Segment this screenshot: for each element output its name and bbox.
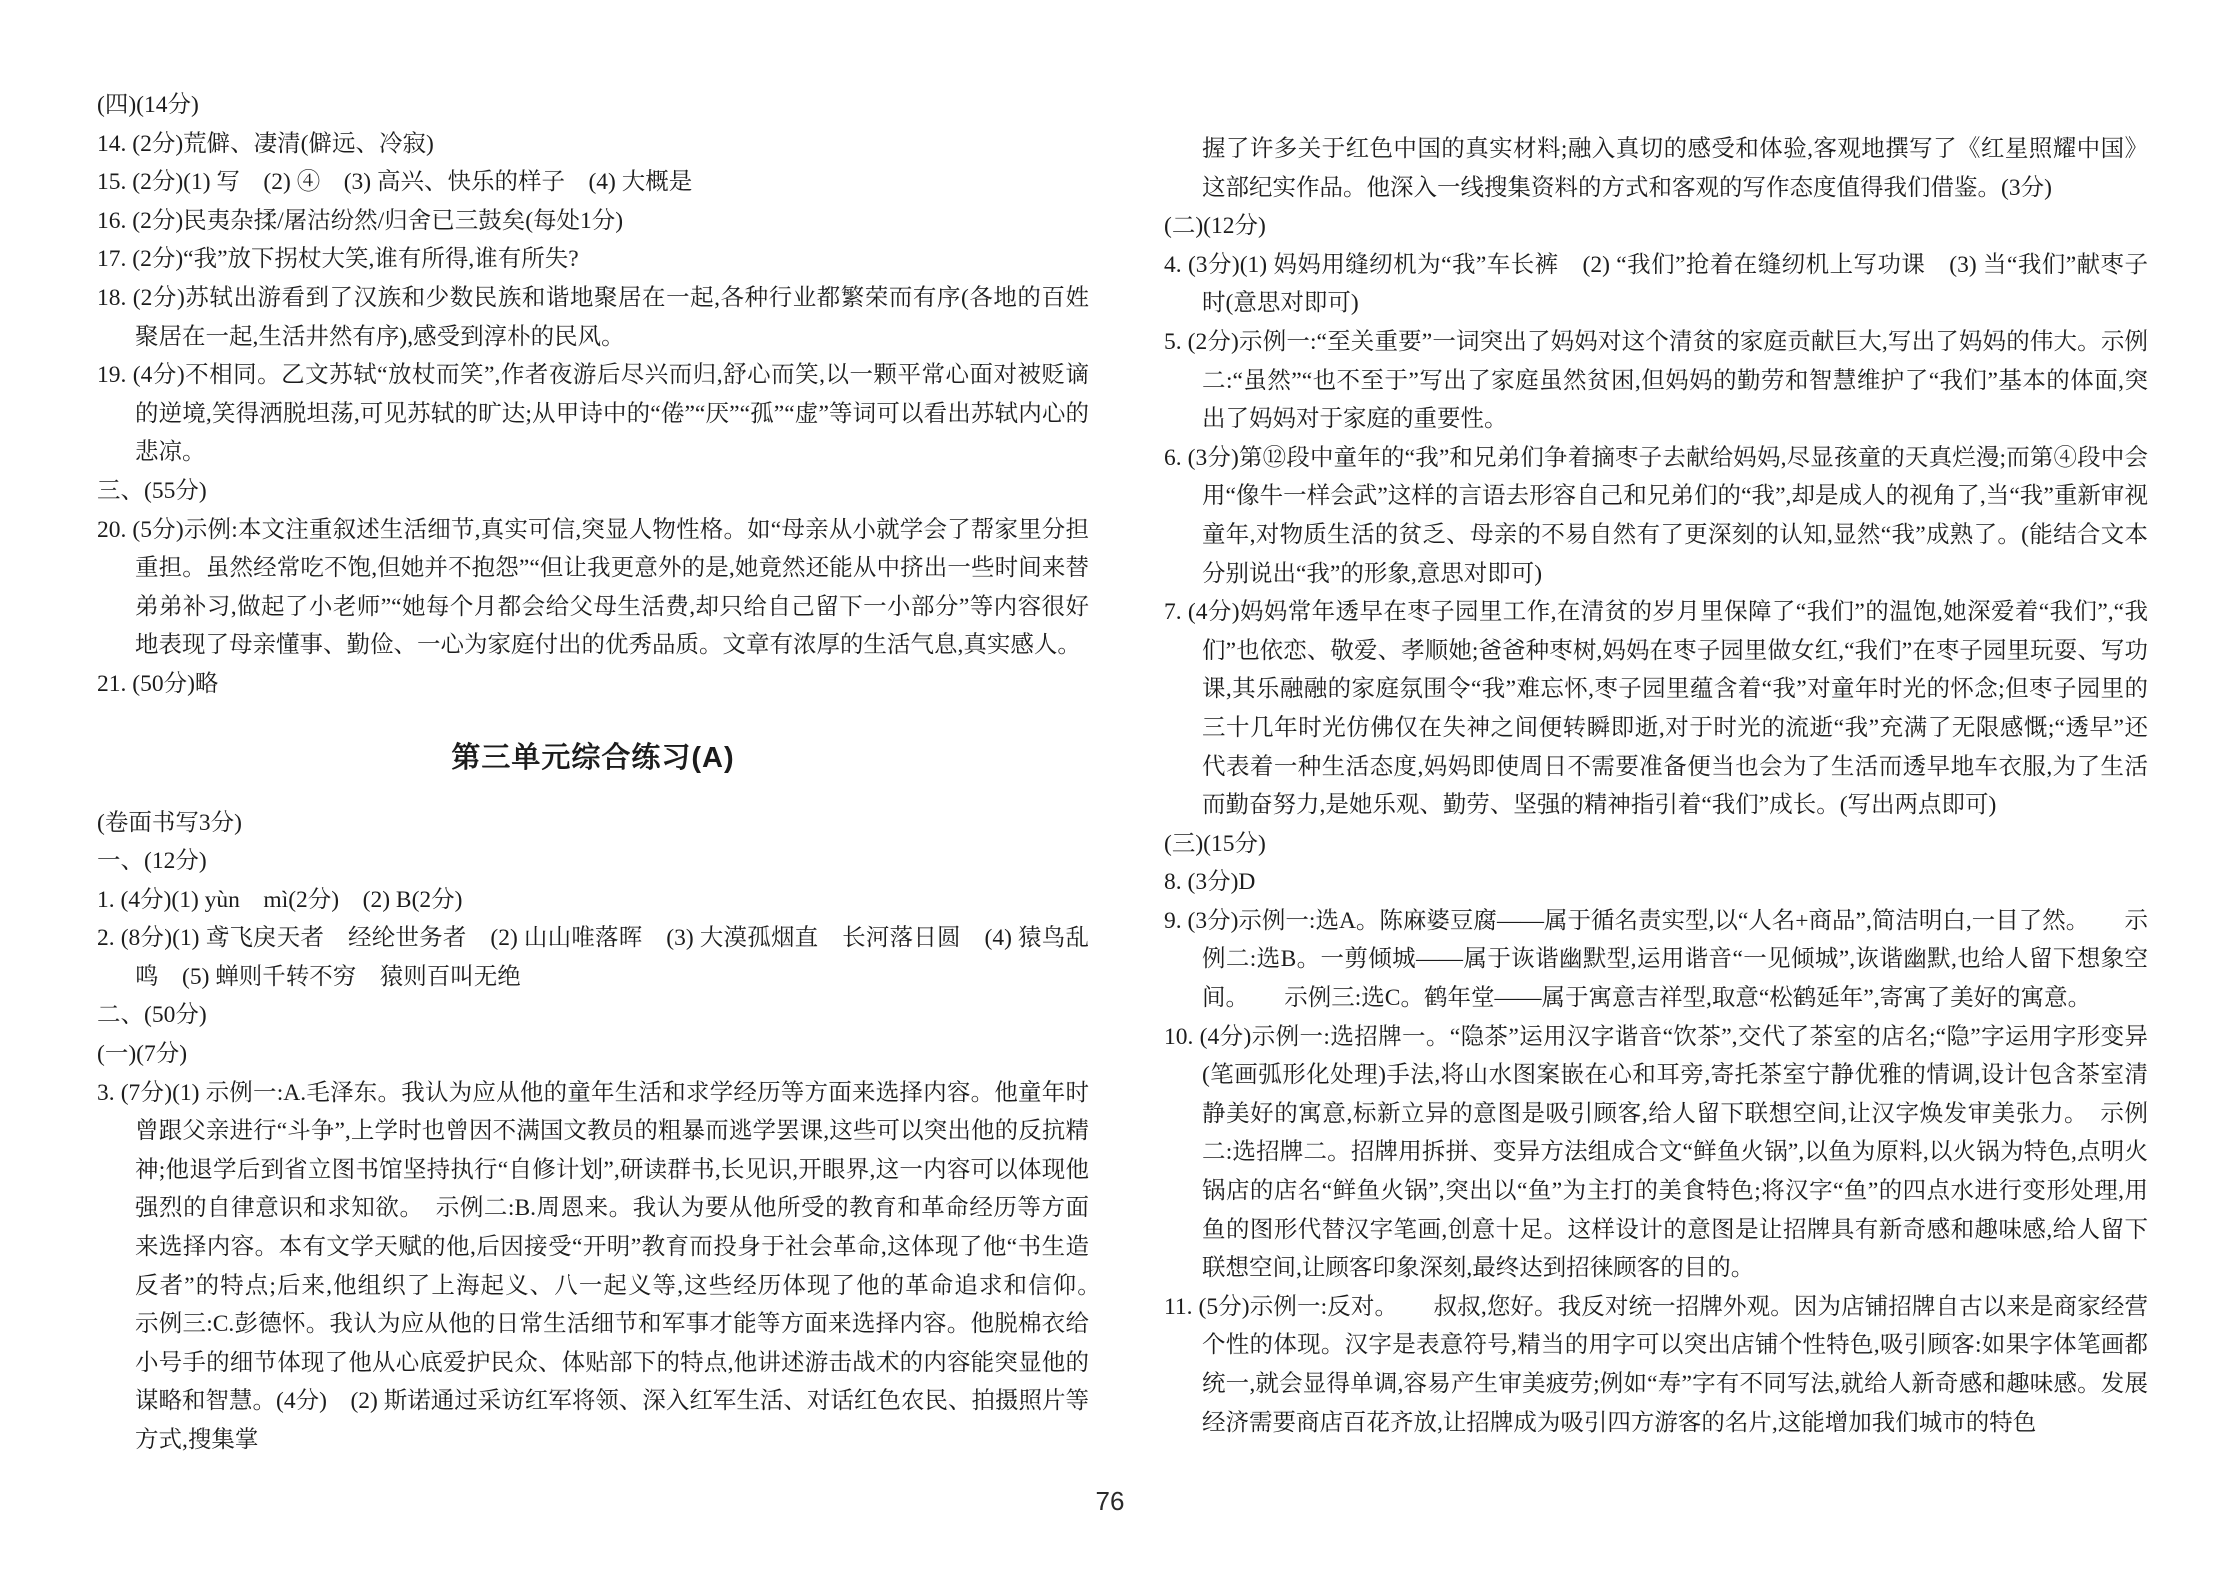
answer-item: 16. (2分)民夷杂揉/屠沽纷然/归舍已三鼓矣(每处1分) bbox=[97, 202, 1089, 241]
section-heading: 三、(55分) bbox=[97, 472, 1089, 511]
answer-item: 17. (2分)“我”放下拐杖大笑,谁有所得,谁有所失? bbox=[97, 240, 1089, 279]
answer-item: 5. (2分)示例一:“至关重要”一词突出了妈妈对这个清贫的家庭贡献巨大,写出了… bbox=[1164, 323, 2148, 439]
answer-item: 10. (4分)示例一:选招牌一。“隐茶”运用汉字谐音“饮茶”,交代了茶室的店名… bbox=[1164, 1018, 2148, 1288]
exercise-title: 第三单元综合练习(A) bbox=[97, 736, 1089, 780]
answer-item: 14. (2分)荒僻、凄清(僻远、冷寂) bbox=[97, 125, 1089, 164]
answer-item: 21. (50分)略 bbox=[97, 665, 1089, 704]
section-heading: (四)(14分) bbox=[97, 86, 1089, 125]
answer-item: 20. (5分)示例:本文注重叙述生活细节,真实可信,突显人物性格。如“母亲从小… bbox=[97, 511, 1089, 665]
answer-item: 9. (3分)示例一:选A。陈麻婆豆腐——属于循名责实型,以“人名+商品”,简洁… bbox=[1164, 902, 2148, 1018]
answer-item: 1. (4分)(1) yùn mì(2分) (2) B(2分) bbox=[97, 881, 1089, 920]
answer-item: 18. (2分)苏轼出游看到了汉族和少数民族和谐地聚居在一起,各种行业都繁荣而有… bbox=[97, 279, 1089, 356]
answer-item: 3. (7分)(1) 示例一:A.毛泽东。我认为应从他的童年生活和求学经历等方面… bbox=[97, 1074, 1089, 1460]
section-heading: (一)(7分) bbox=[97, 1035, 1089, 1074]
section-heading: 二、(50分) bbox=[97, 996, 1089, 1035]
answer-item: 11. (5分)示例一:反对。 叔叔,您好。我反对统一招牌外观。因为店铺招牌自古… bbox=[1164, 1288, 2148, 1442]
section-heading: (三)(15分) bbox=[1164, 825, 2148, 864]
answer-item: 2. (8分)(1) 鸢飞戾天者 经纶世务者 (2) 山山唯落晖 (3) 大漠孤… bbox=[97, 919, 1089, 996]
answer-item: 15. (2分)(1) 写 (2) ④ (3) 高兴、快乐的样子 (4) 大概是 bbox=[97, 163, 1089, 202]
answer-item: 6. (3分)第⑫段中童年的“我”和兄弟们争着摘枣子去献给妈妈,尽显孩童的天真烂… bbox=[1164, 439, 2148, 593]
section-heading: 一、(12分) bbox=[97, 842, 1089, 881]
page-number: 76 bbox=[0, 1486, 2220, 1517]
answer-item-continuation: 握了许多关于红色中国的真实材料;融入真切的感受和体验,客观地撰写了《红星照耀中国… bbox=[1164, 130, 2148, 207]
section-heading: (二)(12分) bbox=[1164, 207, 2148, 246]
left-column: (四)(14分)14. (2分)荒僻、凄清(僻远、冷寂)15. (2分)(1) … bbox=[97, 86, 1089, 1460]
answer-item: 4. (3分)(1) 妈妈用缝纫机为“我”车长裤 (2) “我们”抢着在缝纫机上… bbox=[1164, 246, 2148, 323]
answer-item: 19. (4分)不相同。乙文苏轼“放杖而笑”,作者夜游后尽兴而归,舒心而笑,以一… bbox=[97, 356, 1089, 472]
section-heading: (卷面书写3分) bbox=[97, 804, 1089, 843]
answer-key-page: (四)(14分)14. (2分)荒僻、凄清(僻远、冷寂)15. (2分)(1) … bbox=[0, 0, 2220, 1571]
right-column: 握了许多关于红色中国的真实材料;融入真切的感受和体验,客观地撰写了《红星照耀中国… bbox=[1164, 130, 2148, 1442]
answer-item: 8. (3分)D bbox=[1164, 863, 2148, 902]
answer-item: 7. (4分)妈妈常年透早在枣子园里工作,在清贫的岁月里保障了“我们”的温饱,她… bbox=[1164, 593, 2148, 825]
